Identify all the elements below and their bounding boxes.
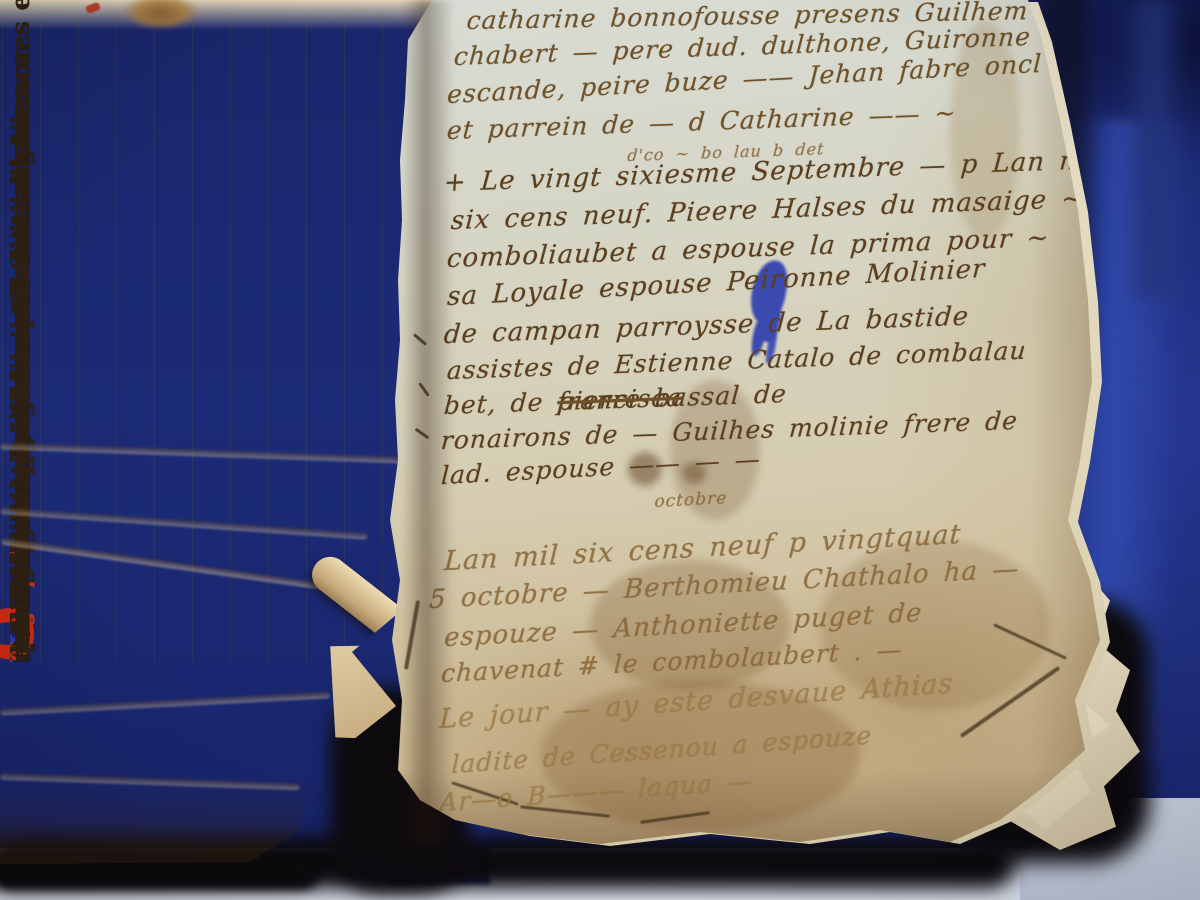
right-paper-page: catharine bonnofousse presens Guilhem ~c… — [390, 0, 1105, 852]
handwriting-line: et parrein de — d Catharine —— ~ — [446, 98, 958, 145]
photo-of-open-manuscript: tu ame po nup oim tram nro. Memores erit… — [0, 0, 1200, 900]
gutter-shadow — [402, 0, 454, 845]
gothic-segment: defuturis ea que ad vos vob aia ma chre: — [2, 92, 40, 662]
handwriting-layer: catharine bonnofousse presens Guilhem ~c… — [390, 0, 1105, 852]
handwriting-line: bet, de francisca pierre bassal de — [443, 379, 788, 420]
cloth-fold-highlight — [1118, 0, 1188, 300]
gothic-text-block: tu ame po nup oim tram nro. Memores erit… — [2, 12, 412, 662]
parchment-crease — [0, 691, 330, 715]
handwriting-line: octobre — [654, 488, 728, 512]
